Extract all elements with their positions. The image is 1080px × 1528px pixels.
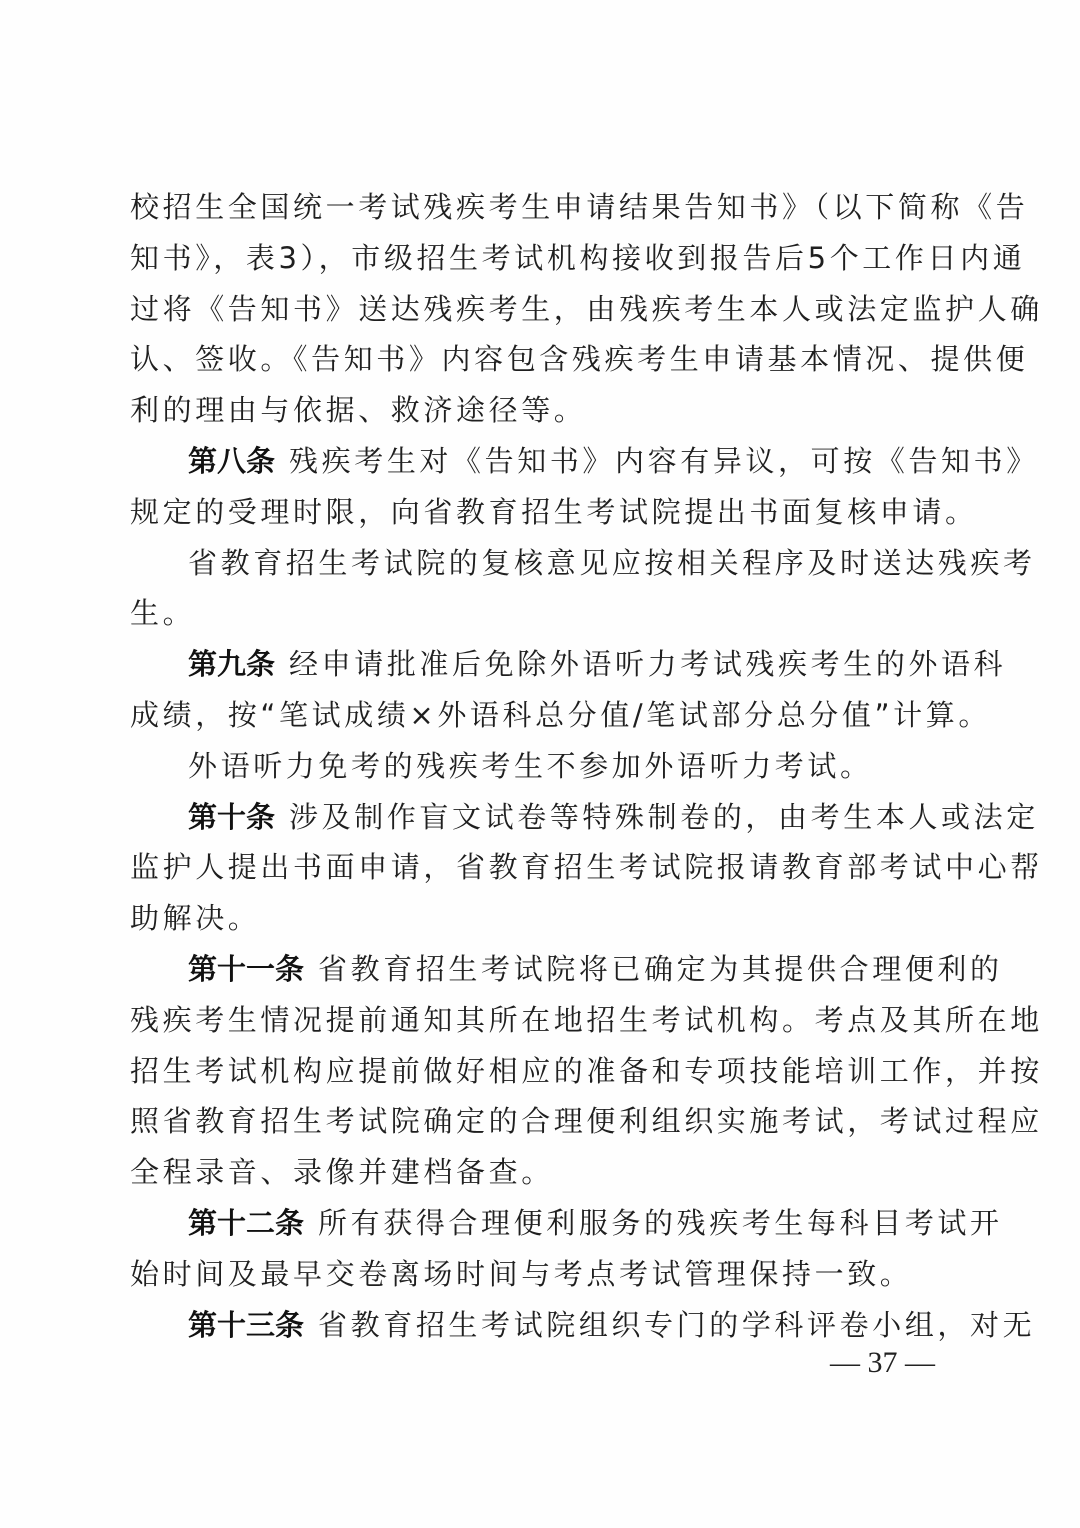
text-line: 监护人提出书面申请，省教育招生考试院报请教育部考试中心帮 bbox=[130, 842, 952, 893]
text-line: 助解决。 bbox=[130, 893, 952, 944]
line-text: 成绩，按“笔试成绩×外语科总分值/笔试部分总分值”计算。 bbox=[130, 698, 991, 732]
line-text: 照省教育招生考试院确定的合理便利组织实施考试，考试过程应 bbox=[130, 1104, 1043, 1138]
article-heading: 第十三条 bbox=[188, 1308, 304, 1342]
document-page: 校招生全国统一考试残疾考生申请结果告知书》（以下简称《告 知书》，表3），市级招… bbox=[0, 0, 1080, 1528]
article-12-line: 第十二条所有获得合理便利服务的残疾考生每科目考试开 bbox=[130, 1198, 952, 1249]
text-line: 全程录音、录像并建档备查。 bbox=[130, 1147, 952, 1198]
line-text: 知书》，表3），市级招生考试机构接收到报告后5个工作日内通 bbox=[130, 241, 1025, 275]
line-text: 残疾考生对《告知书》内容有异议，可按《告知书》 bbox=[289, 444, 1039, 478]
text-line: 利的理由与依据、救济途径等。 bbox=[130, 385, 952, 436]
text-line: 外语听力免考的残疾考生不参加外语听力考试。 bbox=[130, 741, 952, 792]
line-text: 省教育招生考试院将已确定为其提供合理便利的 bbox=[318, 952, 1003, 986]
article-heading: 第八条 bbox=[188, 444, 275, 478]
line-text: 监护人提出书面申请，省教育招生考试院报请教育部考试中心帮 bbox=[130, 850, 1043, 884]
article-heading: 第十二条 bbox=[188, 1206, 304, 1240]
body-text: 校招生全国统一考试残疾考生申请结果告知书》（以下简称《告 知书》，表3），市级招… bbox=[130, 182, 952, 1350]
text-line: 残疾考生情况提前通知其所在地招生考试机构。考点及其所在地 bbox=[130, 995, 952, 1046]
line-text: 生。 bbox=[130, 596, 195, 630]
text-line: 认、签收。《告知书》内容包含残疾考生申请基本情况、提供便 bbox=[130, 334, 952, 385]
line-text: 校招生全国统一考试残疾考生申请结果告知书》（以下简称《告 bbox=[130, 190, 1028, 224]
text-line: 知书》，表3），市级招生考试机构接收到报告后5个工作日内通 bbox=[130, 233, 952, 284]
line-text: 招生考试机构应提前做好相应的准备和专项技能培训工作，并按 bbox=[130, 1054, 1043, 1088]
line-text: 残疾考生情况提前通知其所在地招生考试机构。考点及其所在地 bbox=[130, 1003, 1043, 1037]
article-9-line: 第九条经申请批准后免除外语听力考试残疾考生的外语科 bbox=[130, 639, 952, 690]
line-text: 利的理由与依据、救济途径等。 bbox=[130, 393, 586, 427]
text-line: 校招生全国统一考试残疾考生申请结果告知书》（以下简称《告 bbox=[130, 182, 952, 233]
text-line: 省教育招生考试院的复核意见应按相关程序及时送达残疾考 bbox=[130, 538, 952, 589]
line-text: 规定的受理时限，向省教育招生考试院提出书面复核申请。 bbox=[130, 495, 978, 529]
text-line: 过将《告知书》送达残疾考生，由残疾考生本人或法定监护人确 bbox=[130, 284, 952, 335]
line-text: 省教育招生考试院组织专门的学科评卷小组，对无 bbox=[318, 1308, 1035, 1342]
article-heading: 第九条 bbox=[188, 647, 275, 681]
line-text: 经申请批准后免除外语听力考试残疾考生的外语科 bbox=[289, 647, 1006, 681]
line-text: 外语听力免考的残疾考生不参加外语听力考试。 bbox=[188, 749, 873, 783]
text-line: 成绩，按“笔试成绩×外语科总分值/笔试部分总分值”计算。 bbox=[130, 690, 952, 741]
line-text: 始时间及最早交卷离场时间与考点考试管理保持一致。 bbox=[130, 1257, 912, 1291]
line-text: 全程录音、录像并建档备查。 bbox=[130, 1155, 554, 1189]
line-text: 省教育招生考试院的复核意见应按相关程序及时送达残疾考 bbox=[188, 546, 1036, 580]
text-line: 生。 bbox=[130, 588, 952, 639]
text-line: 照省教育招生考试院确定的合理便利组织实施考试，考试过程应 bbox=[130, 1096, 952, 1147]
line-text: 过将《告知书》送达残疾考生，由残疾考生本人或法定监护人确 bbox=[130, 292, 1043, 326]
text-line: 始时间及最早交卷离场时间与考点考试管理保持一致。 bbox=[130, 1249, 952, 1300]
article-13-line: 第十三条省教育招生考试院组织专门的学科评卷小组，对无 bbox=[130, 1300, 952, 1351]
line-text: 助解决。 bbox=[130, 901, 260, 935]
article-heading: 第十条 bbox=[188, 800, 275, 834]
line-text: 涉及制作盲文试卷等特殊制卷的，由考生本人或法定 bbox=[289, 800, 1039, 834]
text-line: 规定的受理时限，向省教育招生考试院提出书面复核申请。 bbox=[130, 487, 952, 538]
article-10-line: 第十条涉及制作盲文试卷等特殊制卷的，由考生本人或法定 bbox=[130, 792, 952, 843]
article-11-line: 第十一条省教育招生考试院将已确定为其提供合理便利的 bbox=[130, 944, 952, 995]
page-number: — 37 — bbox=[830, 1346, 935, 1380]
text-line: 招生考试机构应提前做好相应的准备和专项技能培训工作，并按 bbox=[130, 1046, 952, 1097]
article-heading: 第十一条 bbox=[188, 952, 304, 986]
line-text: 所有获得合理便利服务的残疾考生每科目考试开 bbox=[318, 1206, 1003, 1240]
line-text: 认、签收。《告知书》内容包含残疾考生申请基本情况、提供便 bbox=[130, 342, 1028, 376]
article-8-line: 第八条残疾考生对《告知书》内容有异议，可按《告知书》 bbox=[130, 436, 952, 487]
